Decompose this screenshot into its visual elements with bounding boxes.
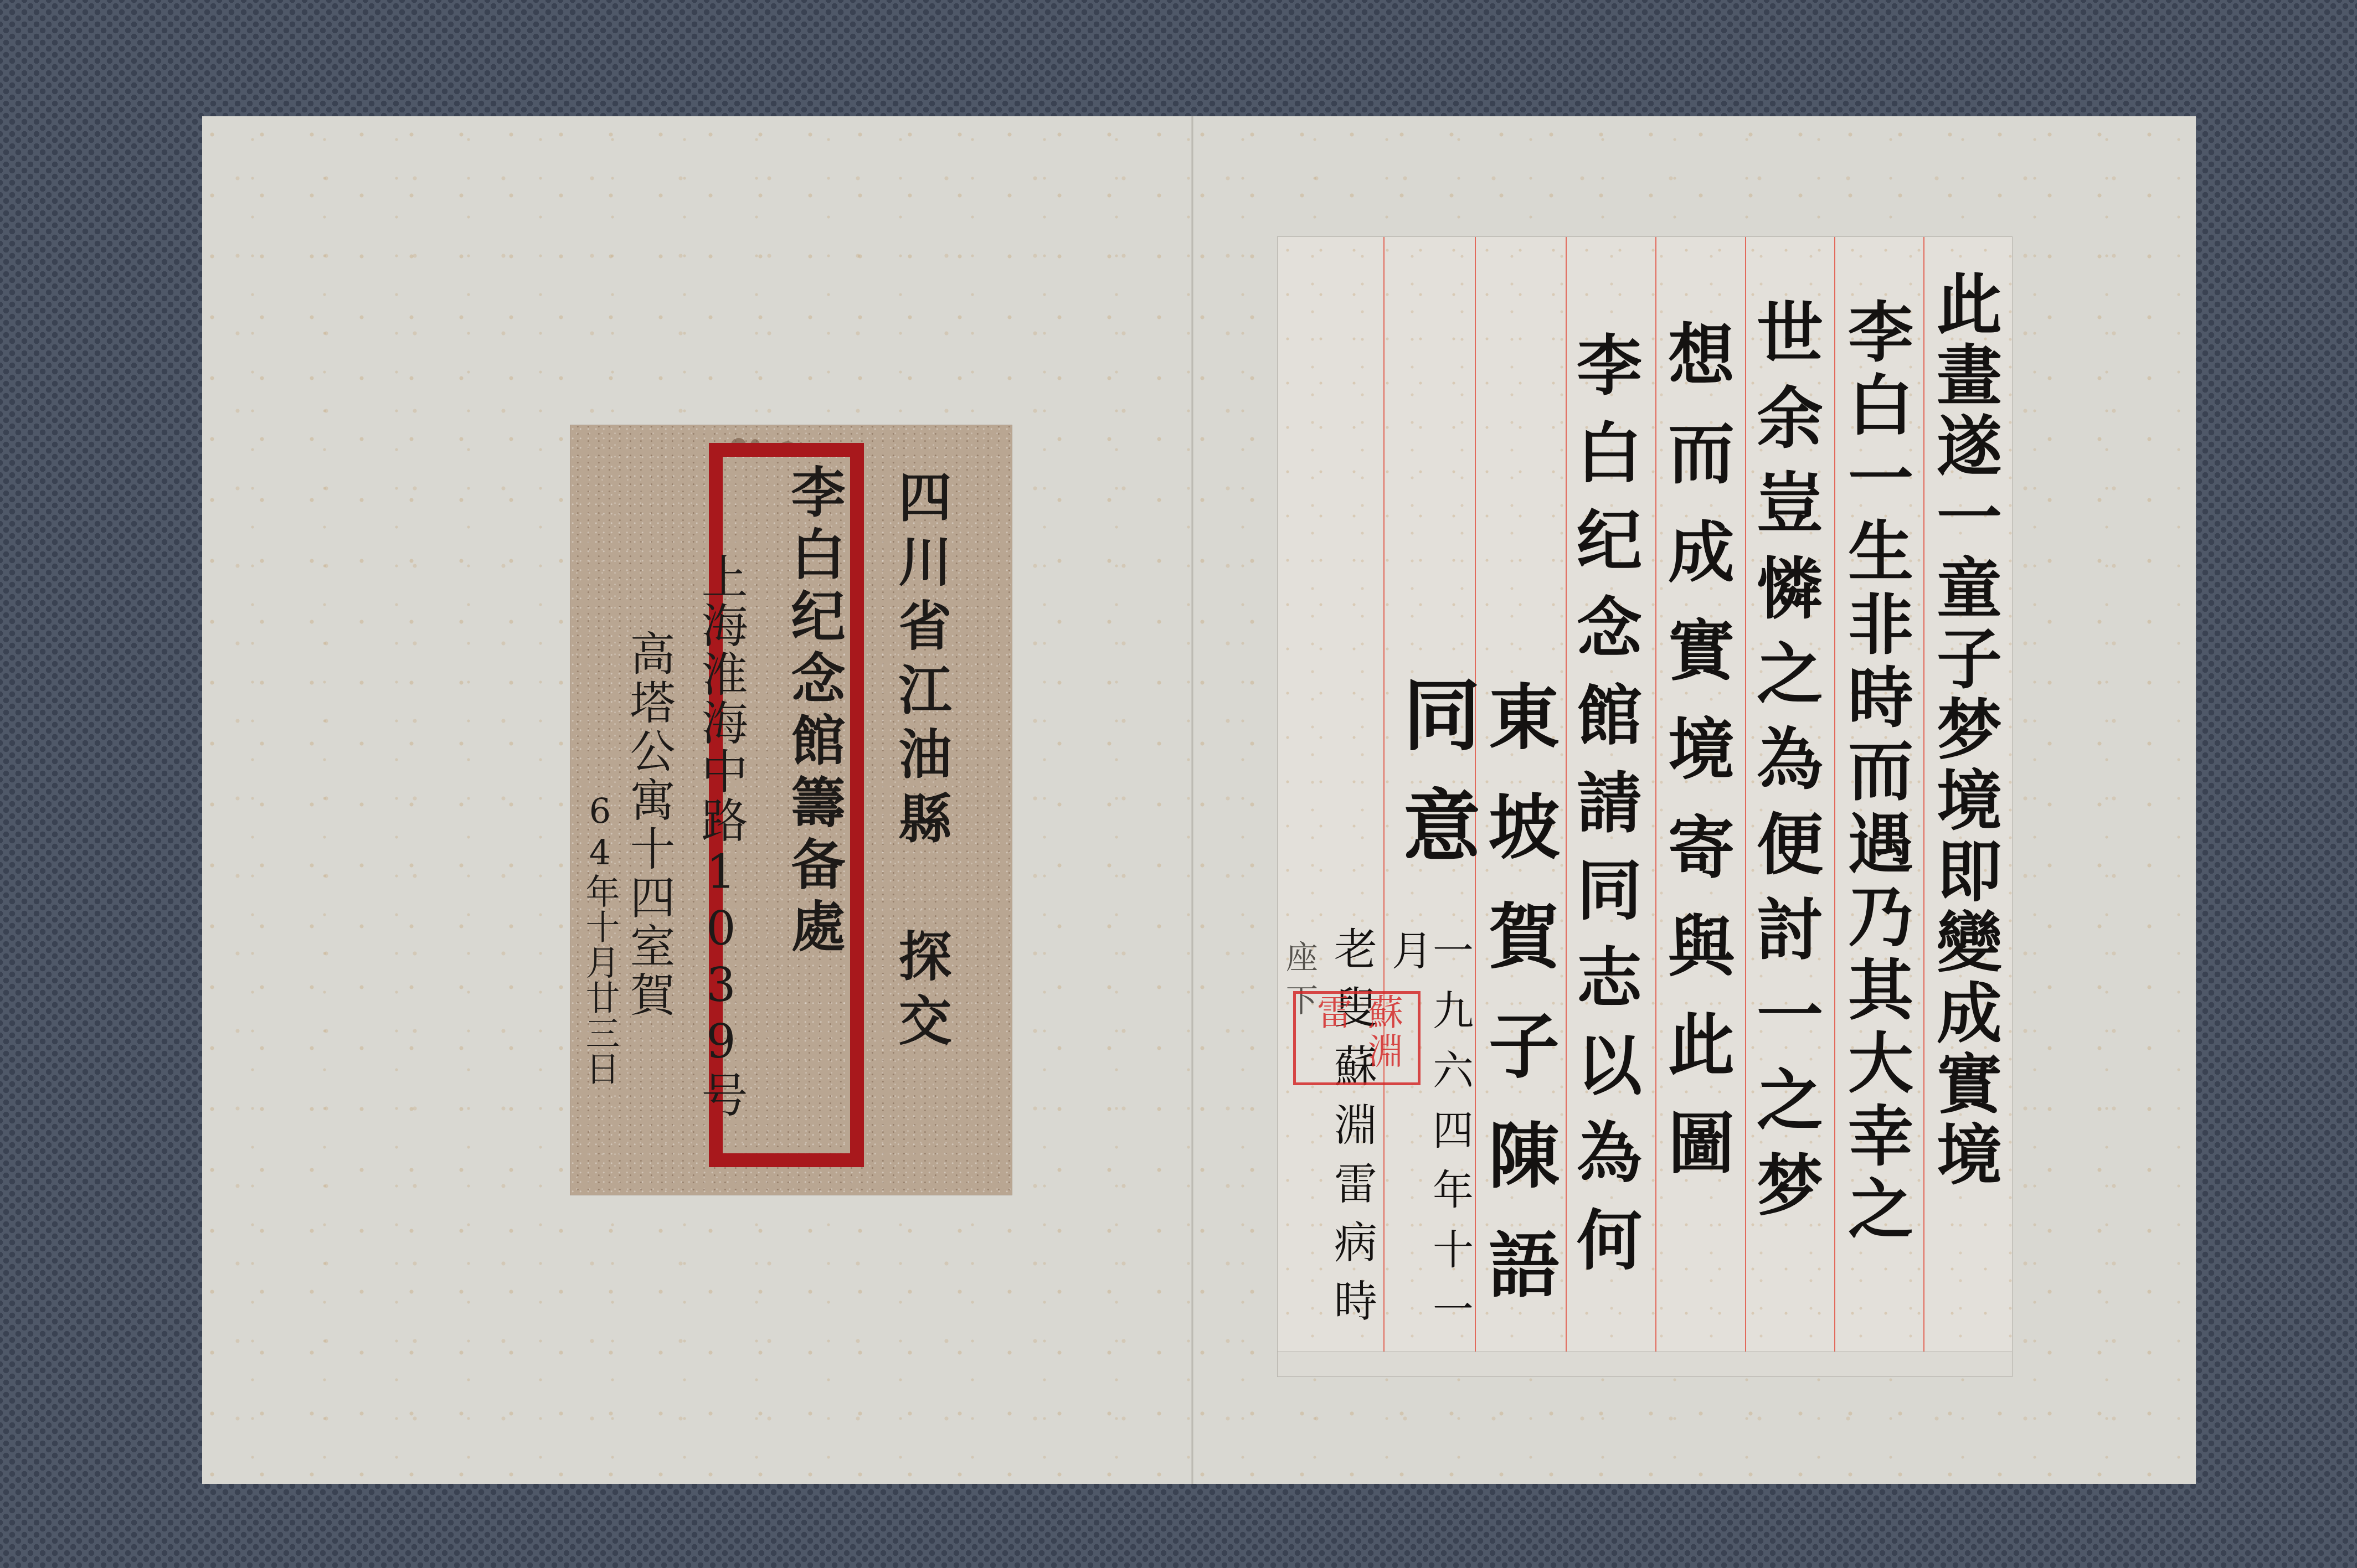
- envelope-recipient-name: 李白纪念館籌备處: [786, 464, 841, 960]
- letter-sheet: 此畫遂一童子梦境即變成實境 李白一生非時而遇乃其大幸之 世余豈憐之為便討一之梦 …: [1278, 237, 2012, 1352]
- envelope-recipient-place: 四川省江油縣 探交: [894, 470, 948, 1057]
- letter-mount-strip: [1278, 1352, 2012, 1376]
- letter-column-3: 世余豈憐之為便討一之梦: [1751, 298, 1818, 1236]
- letter-signature: 老叟蘇淵雷病時: [1330, 926, 1373, 1337]
- ruling-line: [1923, 237, 1924, 1352]
- letter-column-7: 同意: [1397, 674, 1474, 896]
- envelope-date: 64年十月廿三日: [583, 791, 617, 1086]
- red-seal-stamp: 蘇淵雷: [1293, 991, 1421, 1085]
- album-fold-line: [1192, 116, 1193, 1484]
- letter-column-5: 李白纪念館請同志以為何: [1571, 331, 1636, 1293]
- letter-column-6: 東坡賀子陳語: [1483, 680, 1553, 1338]
- letter-column-4: 想而成實境寄與此圖: [1663, 320, 1729, 1207]
- ruling-line: [1655, 237, 1656, 1352]
- ruling-line: [1383, 237, 1385, 1352]
- letter-column-1: 此畫遂一童子梦境即變成實境: [1931, 270, 1996, 1192]
- envelope-sender-address: 上海淮海中路1039号: [698, 553, 744, 1120]
- ruling-line: [1834, 237, 1835, 1352]
- letter-column-2: 李白一生非時而遇乃其大幸之: [1843, 298, 1908, 1248]
- envelope-sender-building: 高塔公寓十四室賀: [626, 630, 671, 1020]
- envelope: 四川省江油縣 探交 李白纪念館籌备處 上海淮海中路1039号 高塔公寓十四室賀 …: [570, 425, 1012, 1195]
